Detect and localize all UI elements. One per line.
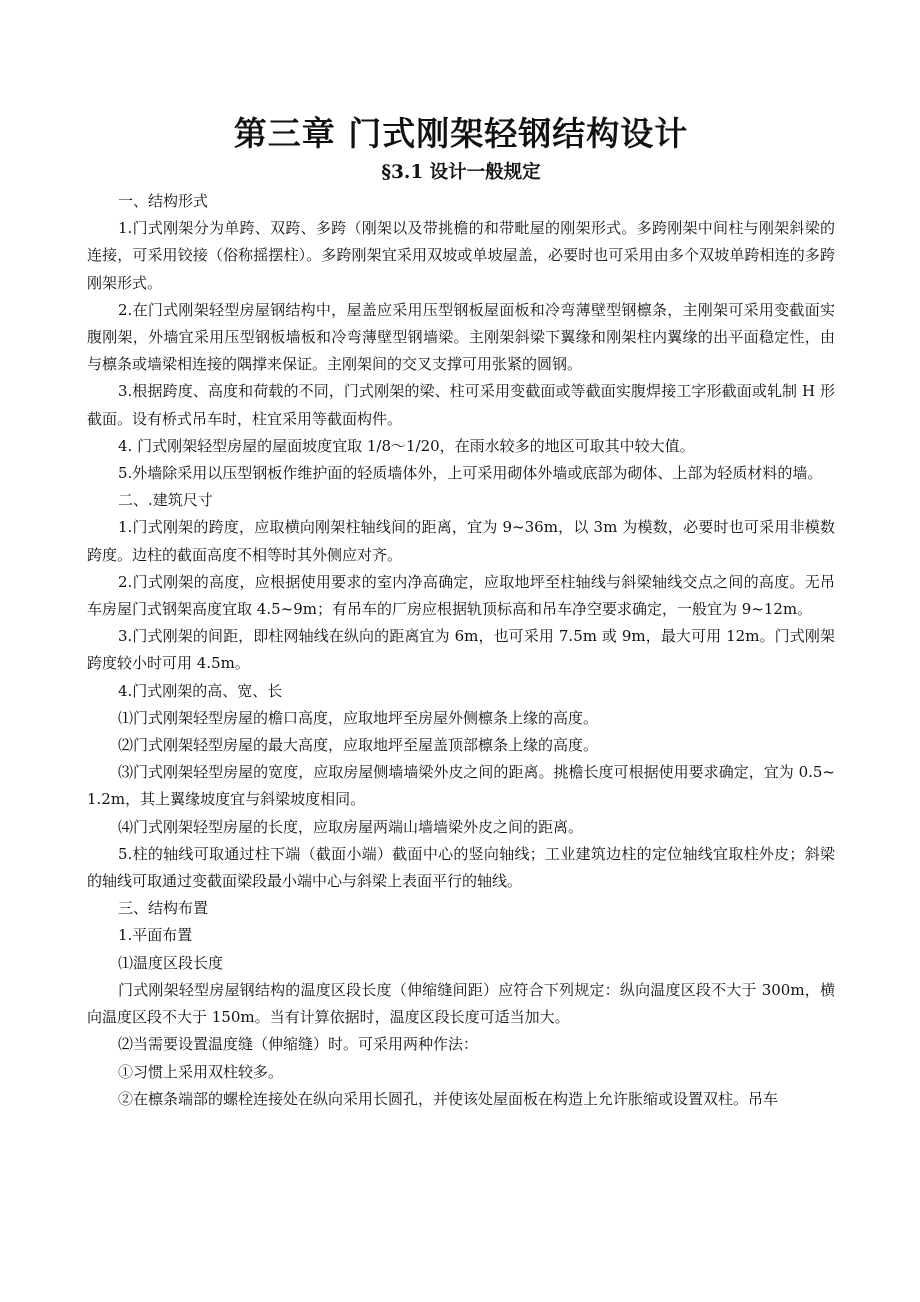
paragraph: 5.外墙除采用以压型钢板作维护面的轻质墙体外，上可采用砌体外墙或底部为砌体、上部… (87, 460, 835, 487)
heading-building-dimensions: 二、.建筑尺寸 (87, 487, 835, 514)
paragraph: 4. 门式刚架轻型房屋的屋面坡度宜取 1/8～1/20，在雨水较多的地区可取其中… (87, 433, 835, 460)
paragraph: 2.门式刚架的高度，应根据使用要求的室内净高确定，应取地坪至柱轴线与斜梁轴线交点… (87, 569, 835, 623)
list-item: ⑵门式刚架轻型房屋的最大高度，应取地坪至屋盖顶部檩条上缘的高度。 (87, 732, 835, 759)
heading-structural-layout: 三、结构布置 (87, 895, 835, 922)
subheading: 1.平面布置 (87, 922, 835, 949)
paragraph: 5.柱的轴线可取通过柱下端（截面小端）截面中心的竖向轴线；工业建筑边柱的定位轴线… (87, 841, 835, 895)
chapter-title: 第三章 门式刚架轻钢结构设计 (87, 112, 835, 156)
list-item: ⑷门式刚架轻型房屋的长度，应取房屋两端山墙墙梁外皮之间的距离。 (87, 814, 835, 841)
list-item: ⑵当需要设置温度缝（伸缩缝）时。可采用两种作法： (87, 1031, 835, 1058)
paragraph: 3.门式刚架的间距，即柱网轴线在纵向的距离宜为 6m，也可采用 7.5m 或 9… (87, 623, 835, 677)
document-page: 第三章 门式刚架轻钢结构设计 §3.1 设计一般规定 一、结构形式 1.门式刚架… (87, 112, 835, 1113)
list-item: ⑶门式刚架轻型房屋的宽度，应取房屋侧墙墙梁外皮之间的距离。挑檐长度可根据使用要求… (87, 759, 835, 813)
document-body: 一、结构形式 1.门式刚架分为单跨、双跨、多跨（刚架以及带挑檐的和带毗屋的刚架形… (87, 188, 835, 1113)
list-item: ②在檩条端部的螺栓连接处在纵向采用长圆孔，并使该处屋面板在构造上允许胀缩或设置双… (87, 1086, 835, 1113)
paragraph: 3.根据跨度、高度和荷载的不同，门式刚架的梁、柱可采用变截面或等截面实腹焊接工字… (87, 378, 835, 432)
paragraph: 1.门式刚架分为单跨、双跨、多跨（刚架以及带挑檐的和带毗屋的刚架形式。多跨刚架中… (87, 215, 835, 297)
section-title: §3.1 设计一般规定 (87, 159, 835, 187)
list-item: ①习惯上采用双柱较多。 (87, 1059, 835, 1086)
paragraph: 门式刚架轻型房屋钢结构的温度区段长度（伸缩缝间距）应符合下列规定：纵向温度区段不… (87, 977, 835, 1031)
subheading: 4.门式刚架的高、宽、长 (87, 678, 835, 705)
subheading: ⑴温度区段长度 (87, 950, 835, 977)
paragraph: 1.门式刚架的跨度，应取横向刚架柱轴线间的距离，宜为 9~36m，以 3m 为模… (87, 514, 835, 568)
list-item: ⑴门式刚架轻型房屋的檐口高度，应取地坪至房屋外侧檩条上缘的高度。 (87, 705, 835, 732)
paragraph: 2.在门式刚架轻型房屋钢结构中，屋盖应采用压型钢板屋面板和冷弯薄壁型钢檩条，主刚… (87, 297, 835, 379)
heading-structural-form: 一、结构形式 (87, 188, 835, 215)
